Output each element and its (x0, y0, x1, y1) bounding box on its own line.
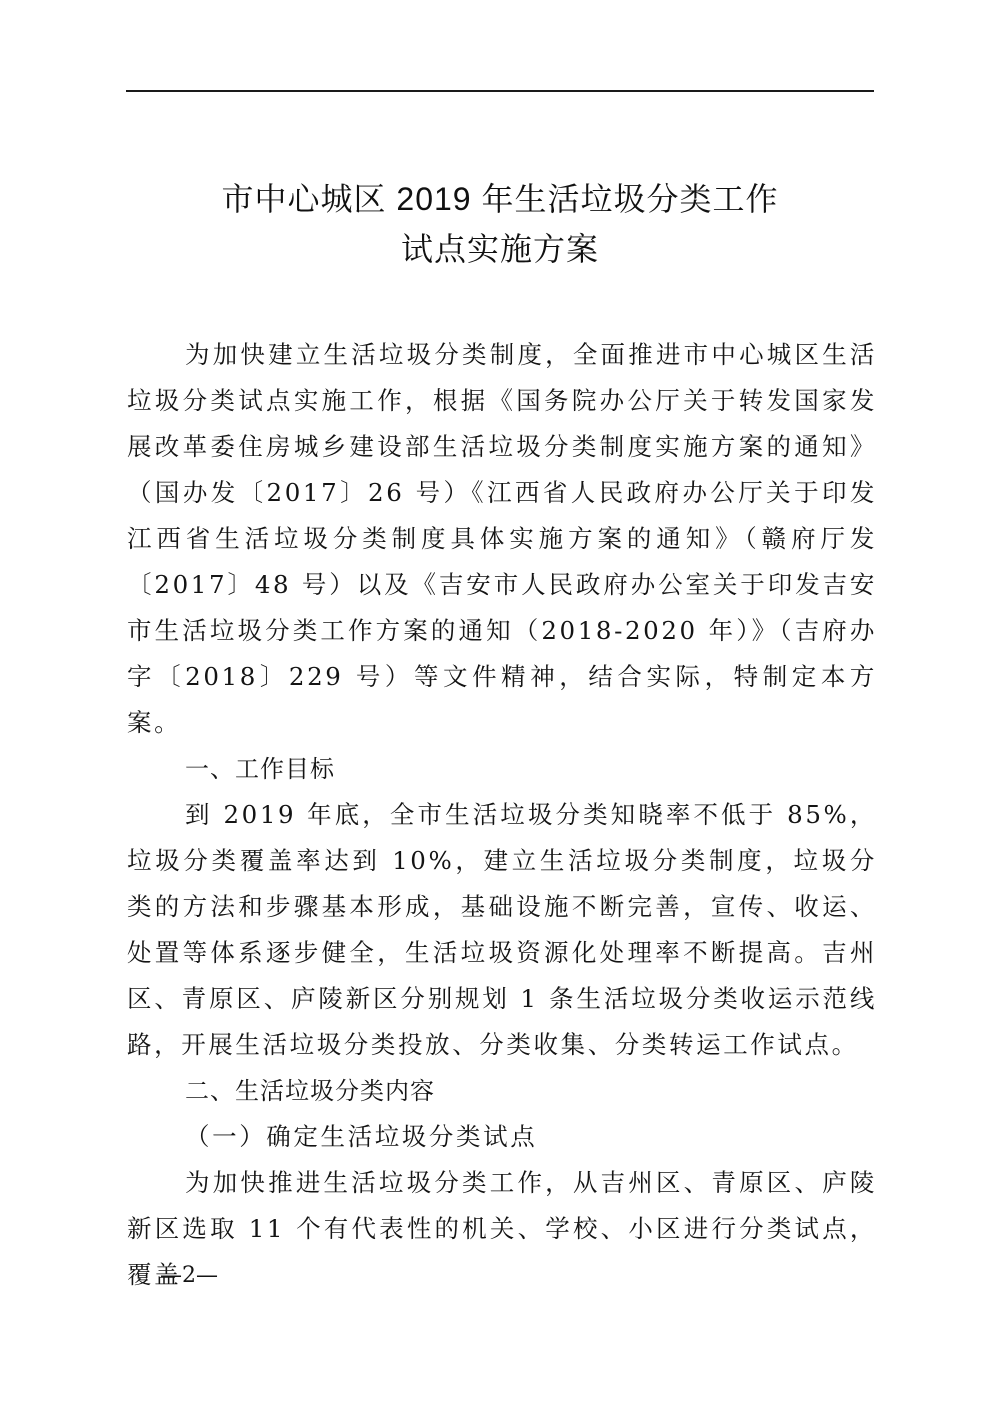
pilot-paragraph: 为加快推进生活垃圾分类工作，从吉州区、青原区、庐陵新区选取 11 个有代表性的机… (127, 1160, 877, 1298)
subsection-heading-pilot: （一）确定生活垃圾分类试点 (127, 1114, 877, 1160)
document-title-line-1: 市中心城区 2019 年生活垃圾分类工作 (0, 174, 1000, 220)
intro-paragraph: 为加快建立生活垃圾分类制度，全面推进市中心城区生活垃圾分类试点实施工作，根据《国… (127, 332, 877, 746)
document-title-line-2: 试点实施方案 (0, 224, 1000, 270)
section-heading-content: 二、生活垃圾分类内容 (127, 1068, 877, 1114)
page-number: —2— (160, 1263, 218, 1288)
goals-paragraph: 到 2019 年底，全市生活垃圾分类知晓率不低于 85%，垃圾分类覆盖率达到 1… (127, 792, 877, 1068)
document-body: 为加快建立生活垃圾分类制度，全面推进市中心城区生活垃圾分类试点实施工作，根据《国… (127, 332, 877, 1298)
section-heading-goals: 一、工作目标 (127, 746, 877, 792)
header-rule (126, 90, 874, 92)
